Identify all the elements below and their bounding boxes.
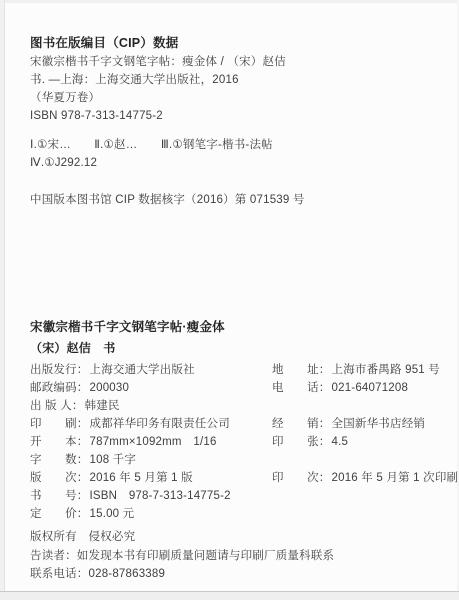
row-value: 200030 bbox=[90, 382, 130, 394]
row-label: 版 次： bbox=[30, 472, 89, 484]
row-label: 开 本： bbox=[30, 436, 89, 448]
row-label: 书 号： bbox=[30, 490, 89, 502]
row-value: 2016 年 5 月第 1 次印刷 bbox=[332, 472, 459, 484]
row-label: 印 张： bbox=[272, 436, 331, 448]
row-value: 韩建民 bbox=[85, 400, 120, 412]
cip-record-line: 书. —上海：上海交通大学出版社，2016 bbox=[30, 71, 286, 89]
cip-heading: 图书在版编目（CIP）数据 bbox=[30, 36, 178, 50]
cip-record-line: ISBN 978-7-313-14775-2 bbox=[30, 107, 286, 125]
book-author: （宋）赵佶 书 bbox=[30, 340, 115, 356]
cip-record-line: 宋徽宗楷书千字文钢笔字帖：瘦金体 / （宋）赵佶 bbox=[30, 53, 286, 71]
row-label: 地 址： bbox=[272, 364, 331, 376]
row-label: 电 话： bbox=[272, 382, 331, 394]
row-value: 上海交通大学出版社 bbox=[90, 364, 195, 376]
page-edge-left bbox=[0, 0, 5, 600]
row-value: 15.00 元 bbox=[90, 508, 135, 520]
colophon-row-format: 开 本：787mm×1092mm 1/16 bbox=[30, 433, 231, 451]
cip-classification: Ⅰ.①宋… Ⅱ.①赵… Ⅲ.①钢笔字-楷书-法帖 Ⅳ.①J292.12 bbox=[30, 136, 273, 172]
colophon-row-wordcount: 字 数：108 千字 bbox=[30, 451, 231, 469]
row-label: 出版发行： bbox=[30, 364, 89, 376]
row-label: 邮政编码： bbox=[30, 382, 89, 394]
colophon-row-postcode: 邮政编码：200030 bbox=[30, 379, 231, 397]
colophon-row-phone: 电 话：021-64071208 bbox=[272, 379, 408, 397]
row-value: 4.5 bbox=[332, 436, 349, 448]
row-value: ISBN 978-7-313-14775-2 bbox=[90, 490, 231, 502]
reader-note: 告读者：如发现本书有印刷质量问题请与印刷厂质量科联系 bbox=[30, 547, 334, 566]
row-label: 定 价： bbox=[30, 508, 89, 520]
cip-classification-line: Ⅳ.①J292.12 bbox=[30, 154, 273, 172]
page-edge-bottom bbox=[0, 591, 459, 600]
colophon-row-sheets: 印 张：4.5 bbox=[272, 433, 348, 451]
row-value: 上海市番禺路 951 号 bbox=[332, 364, 440, 376]
colophon-row-publisher: 出版发行：上海交通大学出版社 bbox=[30, 361, 231, 379]
colophon-row-address: 地 址：上海市番禺路 951 号 bbox=[272, 361, 440, 379]
colophon-row-impression: 印 次：2016 年 5 月第 1 次印刷 bbox=[272, 469, 458, 487]
colophon-left-column: 出版发行：上海交通大学出版社 邮政编码：200030 出 版 人：韩建民 印 刷… bbox=[30, 361, 231, 523]
cip-record-line: （华夏万卷） bbox=[30, 89, 286, 107]
row-label: 字 数： bbox=[30, 454, 89, 466]
row-value: 成都祥华印务有限责任公司 bbox=[90, 418, 230, 430]
page-edge-top bbox=[0, 0, 459, 3]
colophon-row-distribution: 经 销：全国新华书店经销 bbox=[272, 415, 425, 433]
row-label: 经 销： bbox=[272, 418, 331, 430]
colophon-row-issuer: 出 版 人：韩建民 bbox=[30, 397, 231, 415]
row-value: 021-64071208 bbox=[332, 382, 409, 394]
row-value: 108 千字 bbox=[90, 454, 137, 466]
row-label: 印 次： bbox=[272, 472, 331, 484]
book-title: 宋徽宗楷书千字文钢笔字帖·瘦金体 bbox=[30, 319, 225, 335]
row-value: 787mm×1092mm 1/16 bbox=[90, 436, 217, 448]
row-value: 全国新华书店经销 bbox=[332, 418, 426, 430]
cip-registry-line: 中国版本图书馆 CIP 数据核字（2016）第 071539 号 bbox=[30, 191, 305, 209]
colophon-row-isbn: 书 号：ISBN 978-7-313-14775-2 bbox=[30, 487, 231, 505]
row-label: 出 版 人： bbox=[30, 400, 84, 412]
copyright-notice: 版权所有 侵权必究 bbox=[30, 528, 334, 547]
contact-phone: 联系电话：028-87863389 bbox=[30, 565, 334, 584]
copyright-page: 图书在版编目（CIP）数据 宋徽宗楷书千字文钢笔字帖：瘦金体 / （宋）赵佶 书… bbox=[0, 0, 459, 600]
cip-classification-line: Ⅰ.①宋… Ⅱ.①赵… Ⅲ.①钢笔字-楷书-法帖 bbox=[30, 136, 273, 154]
cip-record: 宋徽宗楷书千字文钢笔字帖：瘦金体 / （宋）赵佶 书. —上海：上海交通大学出版… bbox=[30, 53, 286, 125]
row-label: 印 刷： bbox=[30, 418, 89, 430]
colophon-row-edition: 版 次：2016 年 5 月第 1 版 bbox=[30, 469, 231, 487]
row-value: 2016 年 5 月第 1 版 bbox=[90, 472, 193, 484]
footer-notices: 版权所有 侵权必究 告读者：如发现本书有印刷质量问题请与印刷厂质量科联系 联系电… bbox=[30, 528, 334, 584]
colophon-row-price: 定 价：15.00 元 bbox=[30, 505, 231, 523]
colophon-row-printer: 印 刷：成都祥华印务有限责任公司 bbox=[30, 415, 231, 433]
